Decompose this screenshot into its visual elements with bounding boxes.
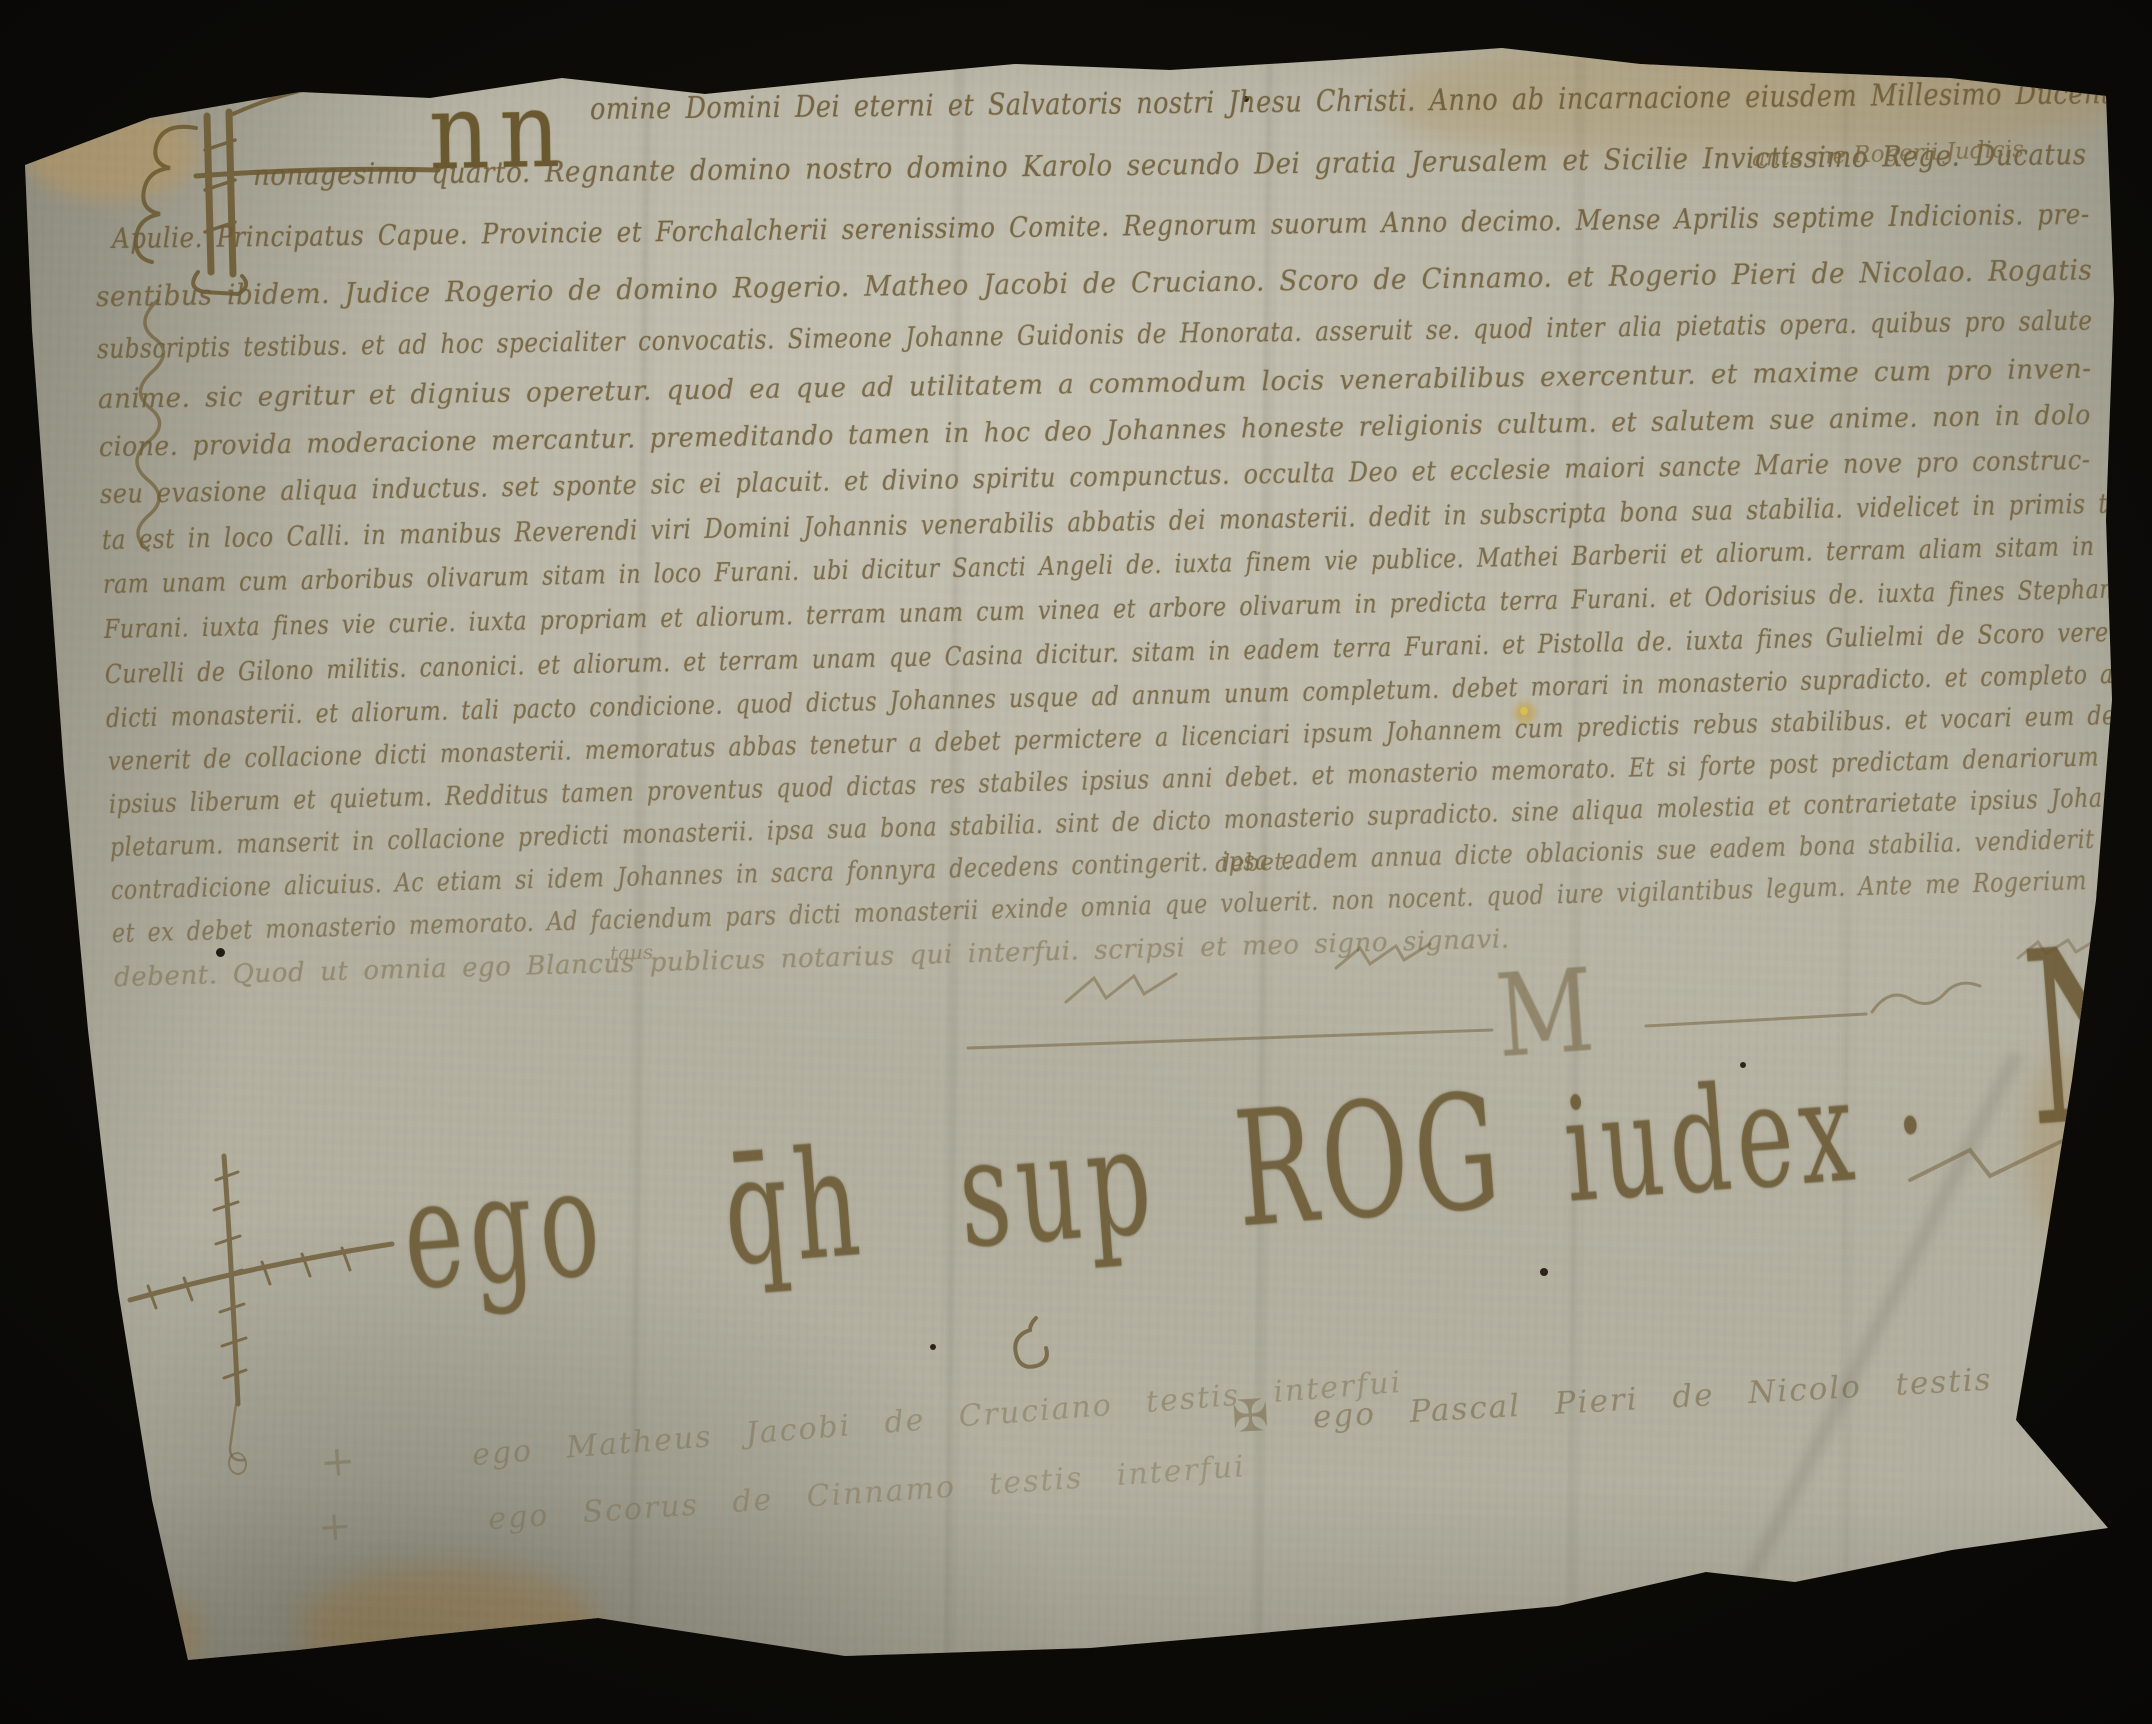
photo-backdrop: nn omine Domini Dei eterni et Salvatoris… — [0, 0, 2152, 1724]
subscription-word: iudex · — [1558, 1040, 1938, 1235]
body-text-line: omine Domini Dei eterni et Salvatoris no… — [590, 76, 2137, 127]
subscription-word: N — [2015, 890, 2152, 1181]
body-text-line: sentibus ibidem. Judice Rogerio de domin… — [95, 253, 2092, 313]
witness-cross-mark: + — [316, 1503, 355, 1551]
subscription-word: ROG — [1229, 1059, 1511, 1263]
subscription-word: ego — [397, 1134, 611, 1324]
witness-signature-text: ego Pascal Pieri de Nicolo testis interf… — [1312, 1352, 2152, 1435]
witness-cross-mark: ✠ — [1231, 1390, 1273, 1443]
bottom-left-stain — [300, 1566, 600, 1691]
interlinear-note: taus — [610, 940, 654, 965]
margin-ring-mark — [226, 1451, 248, 1476]
judge-subscription-line: egoq̄hsupROGiudex ·N — [391, 932, 2152, 1345]
corner-stain — [24, 106, 199, 201]
ink-speck — [1540, 1268, 1548, 1276]
subscription-word: q̄h — [718, 1114, 871, 1300]
witness-cross-mark: + — [318, 1435, 359, 1487]
ink-speck — [905, 58, 912, 65]
subscription-word: sup — [953, 1092, 1163, 1282]
ink-speck — [930, 1344, 936, 1350]
worm-hole — [216, 948, 225, 957]
body-text-line: Apulie. Principatus Capue. Provincie et … — [112, 197, 2090, 255]
body-text-line: subscriptis testibus. et ad hoc speciali… — [97, 305, 2093, 365]
notary-cross-sign — [130, 1156, 392, 1460]
parchment-sheet: nn omine Domini Dei eterni et Salvatoris… — [0, 0, 2152, 1724]
bottom-left-stain-2 — [58, 1588, 203, 1683]
interlinear-note: debet. — [1215, 847, 1292, 878]
